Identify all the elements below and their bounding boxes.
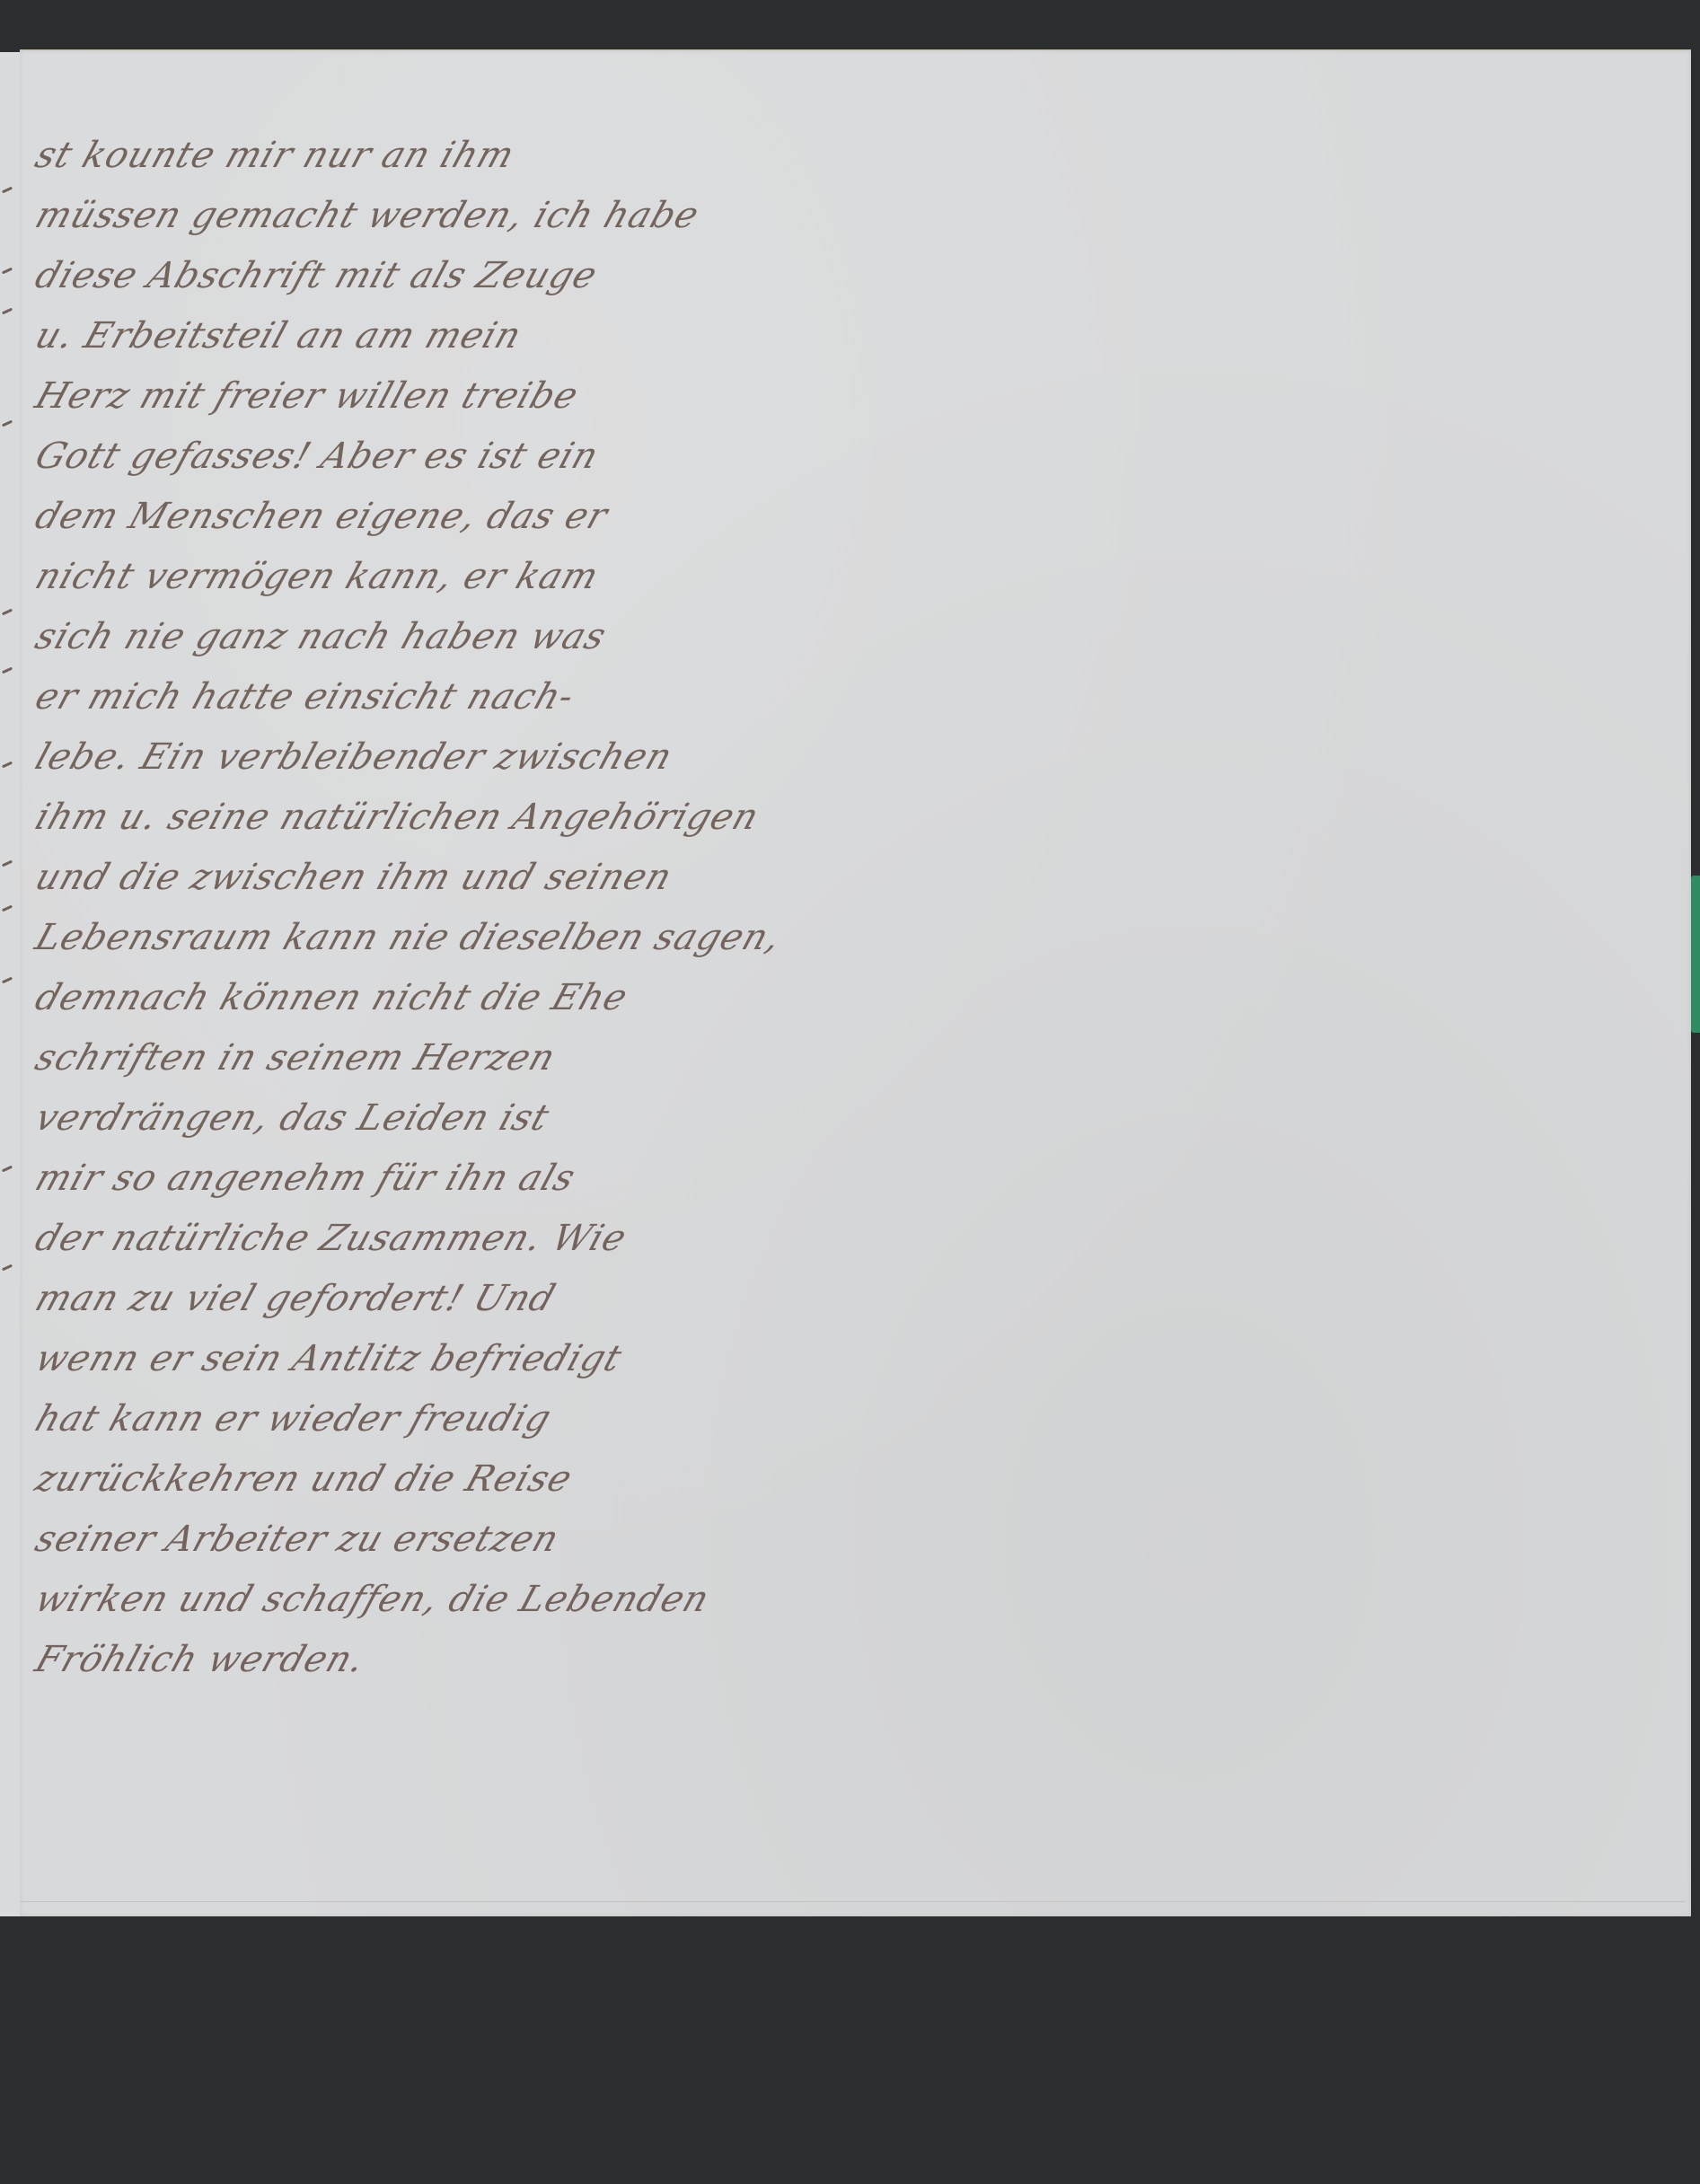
text-line-content: st kounte mir nur an ihm [31,135,520,176]
text-line-content: wenn er sein Antlitz befriedigt [31,1338,628,1379]
text-line-content: zurückkehren und die Reise [31,1458,578,1500]
text-line-content: man zu viel gefordert! Und [31,1278,561,1319]
handwritten-text-block: st kounte mir nur an ihm müssen gemacht … [27,126,979,1690]
text-line-content: dem Menschen eigene, das er [31,496,613,537]
text-line-content: Herz mit freier willen treibe [31,375,585,417]
text-line: Gott gefasses! Aber es ist ein [27,427,999,487]
text-line-content: der natürliche Zusammen. Wie [31,1218,632,1259]
text-line: hat kann er wieder freudig [27,1389,999,1449]
text-line-content: schriften in seinem Herzen [31,1037,561,1079]
scanned-manuscript: st kounte mir nur an ihm müssen gemacht … [0,0,1700,2184]
text-line-content: und die zwischen ihm und seinen [31,857,678,898]
text-line-content: verdrängen, das Leiden ist [31,1097,555,1139]
text-line-content: seiner Arbeiter zu ersetzen [31,1519,565,1560]
text-line: u. Erbeitsteil an am mein [27,306,999,366]
text-line-content: u. Erbeitsteil an am mein [31,315,527,357]
text-line: wirken und schaffen, die Lebenden [27,1570,999,1630]
text-line: st kounte mir nur an ihm [27,126,999,186]
text-line-content: Gott gefasses! Aber es ist ein [31,436,604,477]
text-line-content: wirken und schaffen, die Lebenden [31,1579,715,1620]
text-line: mir so angenehm für ihn als [27,1149,999,1209]
text-line: demnach können nicht die Ehe [27,968,999,1028]
text-line: müssen gemacht werden, ich habe [27,186,999,246]
text-line: zurückkehren und die Reise [27,1449,999,1510]
text-line-content: ihm u. seine natürlichen Angehörigen [31,797,765,838]
text-line: Fröhlich werden. [27,1630,999,1690]
text-line-content: müssen gemacht werden, ich habe [31,195,705,236]
text-line: ihm u. seine natürlichen Angehörigen [27,788,999,848]
text-line-content: Fröhlich werden. [31,1639,371,1680]
text-line-content: demnach können nicht die Ehe [31,977,634,1018]
text-line-content: Lebensraum kann nie dieselben sagen, [31,917,787,958]
text-line: lebe. Ein verbleibender zwischen [27,727,999,788]
text-line: Lebensraum kann nie dieselben sagen, [27,908,999,968]
text-line-content: er mich hatte einsicht nach- [31,676,580,718]
text-line-content: lebe. Ein verbleibender zwischen [31,736,678,778]
text-line: schriften in seinem Herzen [27,1028,999,1088]
text-line-content: hat kann er wieder freudig [31,1398,557,1440]
text-line: wenn er sein Antlitz befriedigt [27,1329,999,1389]
text-line-content: nicht vermögen kann, er kam [31,556,604,597]
text-line: und die zwischen ihm und seinen [27,848,999,908]
text-line: seiner Arbeiter zu ersetzen [27,1510,999,1570]
text-line: Herz mit freier willen treibe [27,366,999,427]
page-bottom-fold-line [20,1901,1686,1902]
text-line: man zu viel gefordert! Und [27,1269,999,1329]
text-line: verdrängen, das Leiden ist [27,1088,999,1149]
text-line: der natürliche Zusammen. Wie [27,1209,999,1269]
facing-page-edge [0,52,22,1916]
text-line: dem Menschen eigene, das er [27,487,999,547]
text-line: sich nie ganz nach haben was [27,607,999,667]
text-line: diese Abschrift mit als Zeuge [27,246,999,306]
text-line: nicht vermögen kann, er kam [27,547,999,607]
green-bookmark-tab [1691,876,1700,1033]
text-line-content: diese Abschrift mit als Zeuge [31,255,603,296]
text-line: er mich hatte einsicht nach- [27,667,999,727]
text-line-content: sich nie ganz nach haben was [31,616,612,657]
text-line-content: mir so angenehm für ihn als [31,1158,581,1199]
